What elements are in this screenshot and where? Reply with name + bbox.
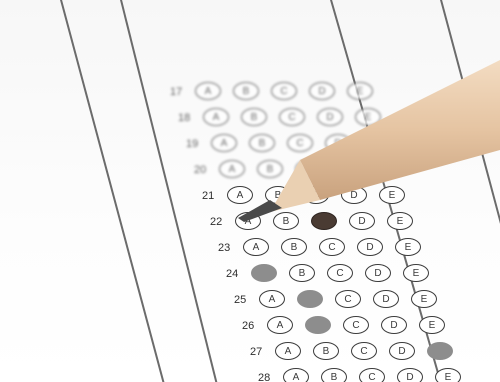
- answer-sheet-photo: 17ABCDE18ABCDE19ABCDE20ABCDE21ABCDE22ABD…: [0, 0, 500, 382]
- pencil: [0, 0, 500, 382]
